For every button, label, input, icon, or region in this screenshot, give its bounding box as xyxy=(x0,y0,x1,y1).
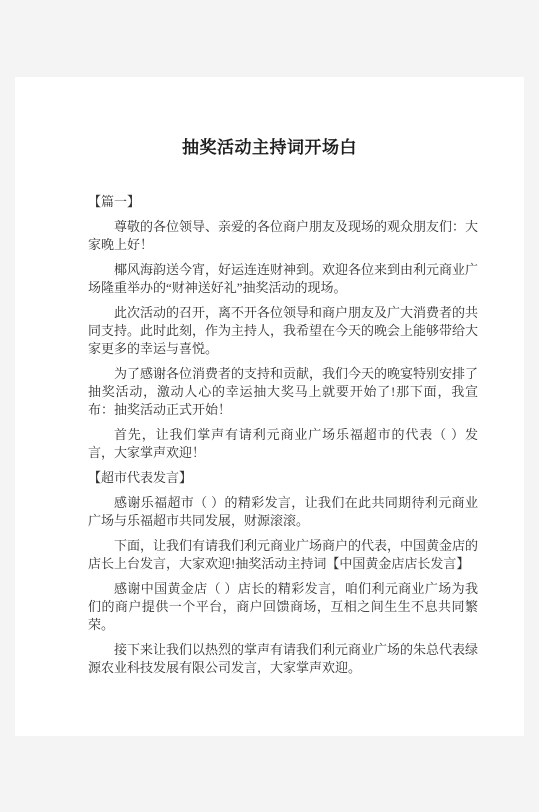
paragraph: 下面，让我们有请我们利元商业广场商户的代表，中国黄金店的店长上台发言，大家欢迎!… xyxy=(88,537,478,573)
section-heading: 【超市代表发言】 xyxy=(88,469,478,487)
paragraph: 首先，让我们掌声有请利元商业广场乐福超市的代表（ ）发言，大家掌声欢迎！ xyxy=(88,426,478,462)
document-title: 抽奖活动主持词开场白 xyxy=(15,135,524,161)
paragraph: 为了感谢各位消费者的支持和贡献，我们今天的晚宴特别安排了抽奖活动，激动人心的幸运… xyxy=(88,365,478,419)
section-heading: 【篇一】 xyxy=(88,193,478,211)
paragraph: 椰风海韵送今宵，好运连连财神到。欢迎各位来到由利元商业广场隆重举办的“财神送好礼… xyxy=(88,261,478,297)
paragraph: 感谢乐福超市（ ）的精彩发言，让我们在此共同期待利元商业广场与乐福超市共同发展，… xyxy=(88,494,478,530)
paragraph: 接下来让我们以热烈的掌声有请我们利元商业广场的朱总代表绿源农业科技发展有限公司发… xyxy=(88,641,478,677)
paragraph: 尊敬的各位领导、亲爱的各位商户朋友及现场的观众朋友们：大家晚上好！ xyxy=(88,218,478,254)
document-background: 抽奖活动主持词开场白 【篇一】尊敬的各位领导、亲爱的各位商户朋友及现场的观众朋友… xyxy=(0,0,539,812)
document-body: 【篇一】尊敬的各位领导、亲爱的各位商户朋友及现场的观众朋友们：大家晚上好！椰风海… xyxy=(88,193,478,677)
paragraph: 感谢中国黄金店（ ）店长的精彩发言，咱们利元商业广场为我们的商户提供一个平台，商… xyxy=(88,580,478,634)
document-page: 抽奖活动主持词开场白 【篇一】尊敬的各位领导、亲爱的各位商户朋友及现场的观众朋友… xyxy=(15,77,524,736)
paragraph: 此次活动的召开，离不开各位领导和商户朋友及广大消费者的共同支持。此时此刻，作为主… xyxy=(88,304,478,358)
